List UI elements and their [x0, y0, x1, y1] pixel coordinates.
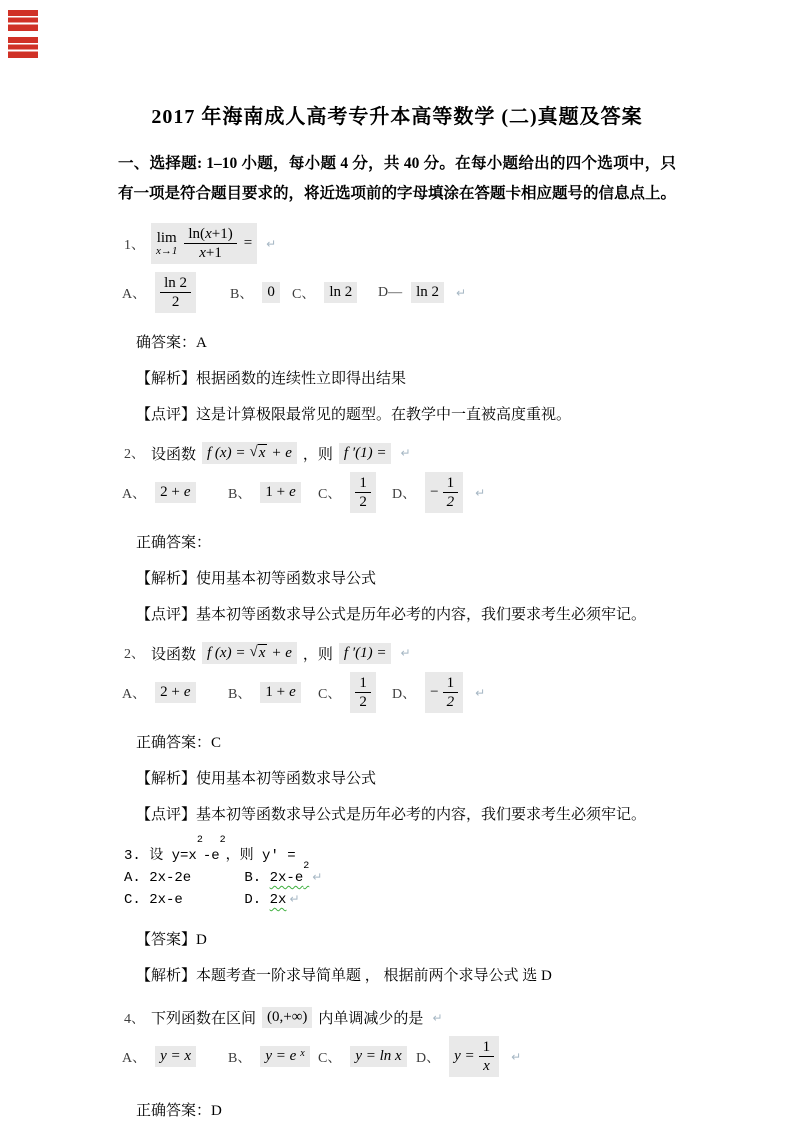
- question-2-derivative: f ′(1) =: [339, 643, 392, 664]
- question-1-comment: 【点评】这是计算极限最常见的题型。在教学中一直被高度重视。: [136, 403, 676, 424]
- question-2-formula: f (x) = √x + e: [202, 442, 297, 464]
- sqrt-symbol: √x: [249, 444, 267, 462]
- fraction: ln(x+1) x+1: [184, 225, 236, 262]
- document-content: 2017 年海南成人高考专升本高等数学 (二)真题及答案 一、选择题: 1–10…: [0, 0, 794, 1120]
- option-b-value: 1 + e: [260, 482, 300, 503]
- red-stamp-icon: [8, 10, 38, 31]
- question-2-answer: 正确答案：: [136, 531, 676, 552]
- paragraph-mark: ↵: [456, 286, 466, 300]
- paragraph-mark: ↵: [511, 1050, 521, 1064]
- option-a-value: 2 + e: [155, 682, 195, 703]
- option-d-value: − 12: [425, 472, 463, 513]
- option-b-label: B、: [230, 283, 253, 303]
- paragraph-mark: ↵: [400, 446, 410, 460]
- question-4-options: A、 y = x B、 y = ex C、 y = ln x D、 y = 1x…: [122, 1036, 676, 1077]
- option-d: D、 − 12 ↵: [392, 472, 485, 513]
- question-4-stem: 4、 下列函数在区间 (0,+∞) 内单调减少的是 ↵: [124, 1007, 676, 1028]
- option-b-label: B、: [228, 483, 251, 503]
- option-b: B、 0: [230, 282, 292, 303]
- question-2-repeat-answer: 正确答案：C: [136, 731, 676, 752]
- question-2-repeat-analysis: 【解析】使用基本初等函数求导公式: [136, 767, 676, 788]
- option-d-label: D、: [416, 1047, 440, 1067]
- option-d: D、 y = 1x ↵: [416, 1036, 521, 1077]
- option-d-label: D.: [244, 892, 269, 908]
- option-a-value: 2 + e: [155, 482, 195, 503]
- option-c: C. 2x-e: [124, 892, 236, 908]
- option-c-value: y = ln x: [350, 1046, 406, 1067]
- option-c: C、 12: [318, 672, 392, 713]
- red-stamp-icon: [8, 37, 38, 58]
- option-c-label: C、: [318, 1047, 341, 1067]
- option-b-value: 2x-e2: [270, 870, 310, 886]
- option-b: B、 1 + e: [228, 682, 318, 703]
- question-2-options: A、 2 + e B、 1 + e C、 12 D、 − 12 ↵: [122, 472, 676, 513]
- option-a: A、 2 + e: [122, 482, 228, 503]
- limit-symbol: lim x→1: [156, 231, 177, 257]
- question-1-analysis: 【解析】根据函数的连续性立即得出结果: [136, 367, 676, 388]
- option-a-label: A、: [122, 1047, 146, 1067]
- option-b: B、 y = ex: [228, 1046, 318, 1067]
- option-a-value: y = x: [155, 1046, 196, 1067]
- question-3-answer: 【答案】D: [136, 928, 676, 949]
- corner-stamps: [8, 10, 38, 64]
- option-b-value: y = ex: [260, 1046, 309, 1067]
- option-c: C、 y = ln x: [318, 1046, 416, 1067]
- option-b-label: B、: [228, 1047, 251, 1067]
- question-2-comment: 【点评】基本初等函数求导公式是历年必考的内容，我们要求考生必须牢记。: [136, 603, 676, 624]
- option-b: B、 1 + e: [228, 482, 318, 503]
- paragraph-mark: ↵: [475, 686, 485, 700]
- question-2-repeat-options: A、 2 + e B、 1 + e C、 12 D、 − 12 ↵: [122, 672, 676, 713]
- option-c: C、 ln 2: [292, 282, 378, 303]
- option-a: A. 2x-2e: [124, 870, 236, 886]
- option-b: B. 2x-e2↵: [244, 870, 322, 886]
- option-c-label: C、: [292, 283, 315, 303]
- question-1-number: 1、: [124, 234, 145, 254]
- question-2-repeat-stem: 2、 设函数 f (x) = √x + e ，则 f ′(1) = ↵: [124, 642, 676, 664]
- option-b-label: B、: [228, 683, 251, 703]
- question-2-analysis: 【解析】使用基本初等函数求导公式: [136, 567, 676, 588]
- option-b-label: B.: [244, 870, 269, 886]
- paragraph-mark: ↵: [432, 1011, 442, 1025]
- option-c-value: 12: [350, 472, 376, 513]
- option-d: D、 − 12 ↵: [392, 672, 485, 713]
- question-2-formula: f (x) = √x + e: [202, 642, 297, 664]
- question-1-stem: 1、 lim x→1 ln(x+1) x+1 = ↵: [124, 223, 676, 264]
- option-a: A、 y = x: [122, 1046, 228, 1067]
- option-a-label: A、: [122, 283, 146, 303]
- option-c-label: C、: [318, 483, 341, 503]
- question-1-answer: 确答案：A: [136, 331, 676, 352]
- option-d-label: D、: [392, 483, 416, 503]
- option-d: D— ln 2 ↵: [378, 282, 466, 303]
- option-d-label: D、: [392, 683, 416, 703]
- question-3-options-row-2: C. 2x-e D. 2x↵: [124, 892, 676, 908]
- option-a: A、 2 + e: [122, 682, 228, 703]
- option-a: A、 ln 22: [122, 272, 230, 313]
- question-2-repeat-comment: 【点评】基本初等函数求导公式是历年必考的内容，我们要求考生必须牢记。: [136, 803, 676, 824]
- question-3-analysis: 【解析】本题考查一阶求导简单题 ， 根据前两个求导公式 选 D: [136, 964, 676, 985]
- question-1-options: A、 ln 22 B、 0 C、 ln 2 D— ln 2 ↵: [122, 272, 676, 313]
- option-d-label: D—: [378, 285, 402, 301]
- option-d: D. 2x↵: [244, 892, 299, 908]
- option-c-value: ln 2: [324, 282, 357, 303]
- option-a-label: A、: [122, 483, 146, 503]
- paragraph-mark: ↵: [266, 237, 276, 251]
- question-4-answer: 正确答案：D: [136, 1099, 676, 1120]
- option-b-value: 0: [262, 282, 280, 303]
- option-d-value: 2x: [270, 892, 287, 908]
- page-title: 2017 年海南成人高考专升本高等数学 (二)真题及答案: [118, 0, 676, 129]
- paragraph-mark: ↵: [400, 646, 410, 660]
- question-2-derivative: f ′(1) =: [339, 443, 392, 464]
- document-page: 2017 年海南成人高考专升本高等数学 (二)真题及答案 一、选择题: 1–10…: [0, 0, 794, 1123]
- option-a-value: ln 22: [155, 272, 196, 313]
- paragraph-mark: ↵: [289, 892, 299, 906]
- option-c: C、 12: [318, 472, 392, 513]
- question-2-number: 2、: [124, 643, 145, 663]
- question-2-number: 2、: [124, 443, 145, 463]
- option-c-label: C、: [318, 683, 341, 703]
- question-2-stem: 2、 设函数 f (x) = √x + e ，则 f ′(1) = ↵: [124, 442, 676, 464]
- paragraph-mark: ↵: [475, 486, 485, 500]
- paragraph-mark: ↵: [312, 870, 322, 884]
- question-4-number: 4、: [124, 1008, 145, 1028]
- question-1-formula: lim x→1 ln(x+1) x+1 =: [151, 223, 257, 264]
- question-3: 3. 设 y=x2-e2，则 y′ = A. 2x-2e B. 2x-e2↵ C…: [118, 844, 676, 908]
- question-3-stem: 3. 设 y=x2-e2，则 y′ =: [124, 844, 676, 864]
- question-3-options-row-1: A. 2x-2e B. 2x-e2↵: [124, 870, 676, 886]
- option-c-value: 12: [350, 672, 376, 713]
- option-b-value: 1 + e: [260, 682, 300, 703]
- sqrt-symbol: √x: [249, 644, 267, 662]
- option-d-value: − 12: [425, 672, 463, 713]
- section-intro: 一、选择题: 1–10 小题，每小题 4 分，共 40 分。在每小题给出的四个选…: [118, 149, 676, 209]
- option-a-label: A、: [122, 683, 146, 703]
- option-d-value: y = 1x: [449, 1036, 499, 1077]
- option-d-value: ln 2: [411, 282, 444, 303]
- interval-formula: (0,+∞): [262, 1007, 312, 1028]
